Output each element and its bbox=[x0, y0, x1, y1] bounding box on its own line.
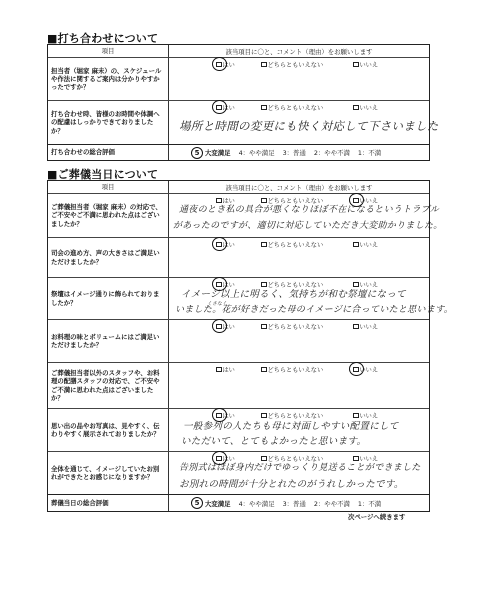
header-answer: 該当項目に〇と、コメント（理由）をお願いします bbox=[169, 45, 429, 57]
question-text: 全体を通じて、イメージしていたお別れができたとお感じになりますか？ bbox=[48, 452, 169, 494]
checkbox-icon bbox=[261, 367, 267, 373]
handwritten-comment-line-1: 通夜のとき私の具合が悪くなりほぼ不在になるというトラブル bbox=[179, 203, 425, 218]
checkbox-icon bbox=[261, 324, 267, 330]
checkbox-icon bbox=[261, 413, 267, 419]
rating-option-5[interactable]: 5大変満足 bbox=[191, 497, 231, 509]
choice-yes[interactable]: はい bbox=[216, 60, 235, 69]
selected-rating-circle: 5 bbox=[191, 497, 203, 509]
choice-neutral[interactable]: どちらともいえない bbox=[261, 240, 323, 249]
rating-option-5[interactable]: 5大変満足 bbox=[191, 147, 231, 159]
choice-neutral[interactable]: どちらともいえない bbox=[261, 365, 323, 374]
checkbox-icon bbox=[353, 105, 359, 111]
question-text: 思い出の品やお写真は、見やすく、伝わりやすく展示されておりましたか？ bbox=[48, 409, 169, 451]
answer-cell: はい どちらともいえない いいえ 一般参列の人たちも母に対面しやすい配置にして … bbox=[169, 409, 429, 451]
checkbox-icon bbox=[353, 324, 359, 330]
table-row: 担当者（堀家 麻未）の、スケジュールや作法に関するご案内は分かりやすかったですか… bbox=[48, 57, 429, 100]
rating-option-4[interactable]: 4：やや満足 bbox=[239, 148, 275, 157]
checkbox-icon bbox=[216, 367, 222, 373]
checkbox-icon bbox=[353, 413, 359, 419]
handwritten-comment: 場所と時間の変更にも快く対応して下さいました bbox=[179, 119, 425, 134]
checkbox-icon bbox=[216, 242, 222, 248]
table-row: 全体を通じて、イメージしていたお別れができたとお感じになりますか？ はい どちら… bbox=[48, 451, 429, 494]
checkbox-icon bbox=[353, 367, 359, 373]
funeral-day-table: 項目 該当項目に〇と、コメント（理由）をお願いします ご葬儀担当者（堀家 麻未）… bbox=[47, 180, 430, 512]
choice-no[interactable]: いいえ bbox=[353, 103, 378, 112]
table-row: 司会の進め方、声の大きさはご満足いただけましたか？ はい どちらともいえない い… bbox=[48, 237, 429, 277]
rating-option-2[interactable]: 2：やや不満 bbox=[314, 499, 350, 508]
rating-option-2[interactable]: 2：やや不満 bbox=[314, 148, 350, 157]
rating-option-1[interactable]: 1：不満 bbox=[358, 499, 381, 508]
checkbox-icon bbox=[353, 242, 359, 248]
answer-cell: はい どちらともいえない いいえ bbox=[169, 320, 429, 362]
answer-cell: はい どちらともいえない いいえ bbox=[169, 238, 429, 277]
checkbox-icon bbox=[216, 105, 222, 111]
rating-option-4[interactable]: 4：やや満足 bbox=[239, 499, 275, 508]
checkbox-icon bbox=[261, 242, 267, 248]
rating-scale: 5大変満足 4：やや満足 3：普通 2：やや不満 1：不満 bbox=[169, 145, 429, 160]
answer-cell: はい どちらともいえない いいえ bbox=[169, 58, 429, 100]
question-text: ご葬儀担当者（堀家 麻未）の対応で、ご不安やご不満に思われた点はございましたか？ bbox=[48, 194, 169, 237]
choice-no[interactable]: いいえ bbox=[353, 365, 378, 374]
choice-group: はい どちらともいえない いいえ bbox=[169, 240, 429, 249]
handwritten-comment-line-1: 一般参列の人たちも母に対面しやすい配置にして bbox=[183, 419, 425, 434]
total-label: 葬儀当日の総合評価 bbox=[48, 495, 169, 511]
choice-group: はい どちらともいえない いいえ bbox=[169, 365, 429, 374]
choice-yes[interactable]: はい bbox=[216, 240, 235, 249]
table-header: 項目 該当項目に〇と、コメント（理由）をお願いします bbox=[48, 45, 429, 57]
header-answer: 該当項目に〇と、コメント（理由）をお願いします bbox=[169, 181, 429, 193]
continued-next-page-note: 次ページへ続きます bbox=[348, 512, 405, 521]
question-text: ご葬儀担当者以外のスタッフや、お料理の配膳スタッフの対応で、ご不安やご不満に思わ… bbox=[48, 363, 169, 408]
choice-group: はい どちらともいえない いいえ bbox=[169, 103, 429, 112]
choice-no[interactable]: いいえ bbox=[353, 322, 378, 331]
checkbox-icon bbox=[216, 62, 222, 68]
question-text: 担当者（堀家 麻未）の、スケジュールや作法に関するご案内は分かりやすかったですか… bbox=[48, 58, 169, 100]
table-row: 思い出の品やお写真は、見やすく、伝わりやすく展示されておりましたか？ はい どち… bbox=[48, 408, 429, 451]
table-row: 打ち合わせ時、皆様のお時間や体調への配慮はしっかりできておりましたか？ はい ど… bbox=[48, 100, 429, 144]
choice-yes[interactable]: はい bbox=[216, 103, 235, 112]
rating-option-3[interactable]: 3：普通 bbox=[283, 499, 306, 508]
checkbox-icon bbox=[261, 62, 267, 68]
total-label: 打ち合わせの総合評価 bbox=[48, 145, 169, 160]
choice-no[interactable]: いいえ bbox=[353, 60, 378, 69]
question-text: 司会の進め方、声の大きさはご満足いただけましたか？ bbox=[48, 238, 169, 277]
answer-cell: はい どちらともいえない いいえ 通夜のとき私の具合が悪くなりほぼ不在になるとい… bbox=[169, 194, 429, 237]
choice-yes[interactable]: はい bbox=[216, 365, 235, 374]
checkbox-icon bbox=[216, 324, 222, 330]
checkbox-icon bbox=[261, 105, 267, 111]
header-item: 項目 bbox=[48, 181, 169, 193]
table-header: 項目 該当項目に〇と、コメント（理由）をお願いします bbox=[48, 181, 429, 193]
choice-group: はい どちらともいえない いいえ bbox=[169, 60, 429, 69]
question-text: 祭壇はイメージ通りに飾られておりましたか？ bbox=[48, 278, 169, 319]
table-row: 祭壇はイメージ通りに飾られておりましたか？ はい どちらともいえない いいえ イ… bbox=[48, 277, 429, 319]
selected-rating-circle: 5 bbox=[191, 147, 203, 159]
header-item: 項目 bbox=[48, 45, 169, 57]
handwritten-comment-line-2: お別れの時間が十分とれたのがうれしかったです。 bbox=[179, 477, 425, 492]
handwritten-comment-line-2: があったのですが、適切に対応していただき大変助かりました。 bbox=[173, 219, 425, 234]
checkbox-icon bbox=[216, 413, 222, 419]
answer-cell: はい どちらともいえない いいえ 場所と時間の変更にも快く対応して下さいました bbox=[169, 101, 429, 144]
table-row: ご葬儀担当者（堀家 麻未）の対応で、ご不安やご不満に思われた点はございましたか？… bbox=[48, 193, 429, 237]
question-text: 打ち合わせ時、皆様のお時間や体調への配慮はしっかりできておりましたか？ bbox=[48, 101, 169, 144]
rating-option-3[interactable]: 3：普通 bbox=[283, 148, 306, 157]
choice-no[interactable]: いいえ bbox=[353, 240, 378, 249]
answer-cell: はい どちらともいえない いいえ bbox=[169, 363, 429, 408]
table-row: お料理の味とボリュームにはご満足いただけましたか？ はい どちらともいえない い… bbox=[48, 319, 429, 362]
table-row: ご葬儀担当者以外のスタッフや、お料理の配膳スタッフの対応で、ご不安やご不満に思わ… bbox=[48, 362, 429, 408]
total-rating-row: 葬儀当日の総合評価 5大変満足 4：やや満足 3：普通 2：やや不満 1：不満 bbox=[48, 494, 429, 511]
question-text: お料理の味とボリュームにはご満足いただけましたか？ bbox=[48, 320, 169, 362]
checkbox-icon bbox=[353, 62, 359, 68]
handwritten-comment-line-1: 告別式はほぼ身内だけでゆっくり見送ることができました bbox=[179, 461, 425, 476]
total-rating-row: 打ち合わせの総合評価 5大変満足 4：やや満足 3：普通 2：やや不満 1：不満 bbox=[48, 144, 429, 160]
meeting-table: 項目 該当項目に〇と、コメント（理由）をお願いします 担当者（堀家 麻未）の、ス… bbox=[47, 44, 430, 161]
handwritten-comment-line-2: いました。花が好きだった母のイメージに合っていたと思います。 bbox=[175, 303, 425, 318]
rating-option-1[interactable]: 1：不満 bbox=[358, 148, 381, 157]
rating-scale: 5大変満足 4：やや満足 3：普通 2：やや不満 1：不満 bbox=[169, 495, 429, 511]
answer-cell: はい どちらともいえない いいえ 告別式はほぼ身内だけでゆっくり見送ることができ… bbox=[169, 452, 429, 494]
choice-neutral[interactable]: どちらともいえない bbox=[261, 322, 323, 331]
answer-cell: はい どちらともいえない いいえ イメージ以上に明るく、気持ちが和む祭壇になって… bbox=[169, 278, 429, 319]
choice-yes[interactable]: はい bbox=[216, 322, 235, 331]
choice-neutral[interactable]: どちらともいえない bbox=[261, 103, 323, 112]
handwritten-comment-line-2: いただいて、とてもよかったと思います。 bbox=[181, 434, 425, 449]
choice-neutral[interactable]: どちらともいえない bbox=[261, 60, 323, 69]
choice-group: はい どちらともいえない いいえ bbox=[169, 322, 429, 331]
